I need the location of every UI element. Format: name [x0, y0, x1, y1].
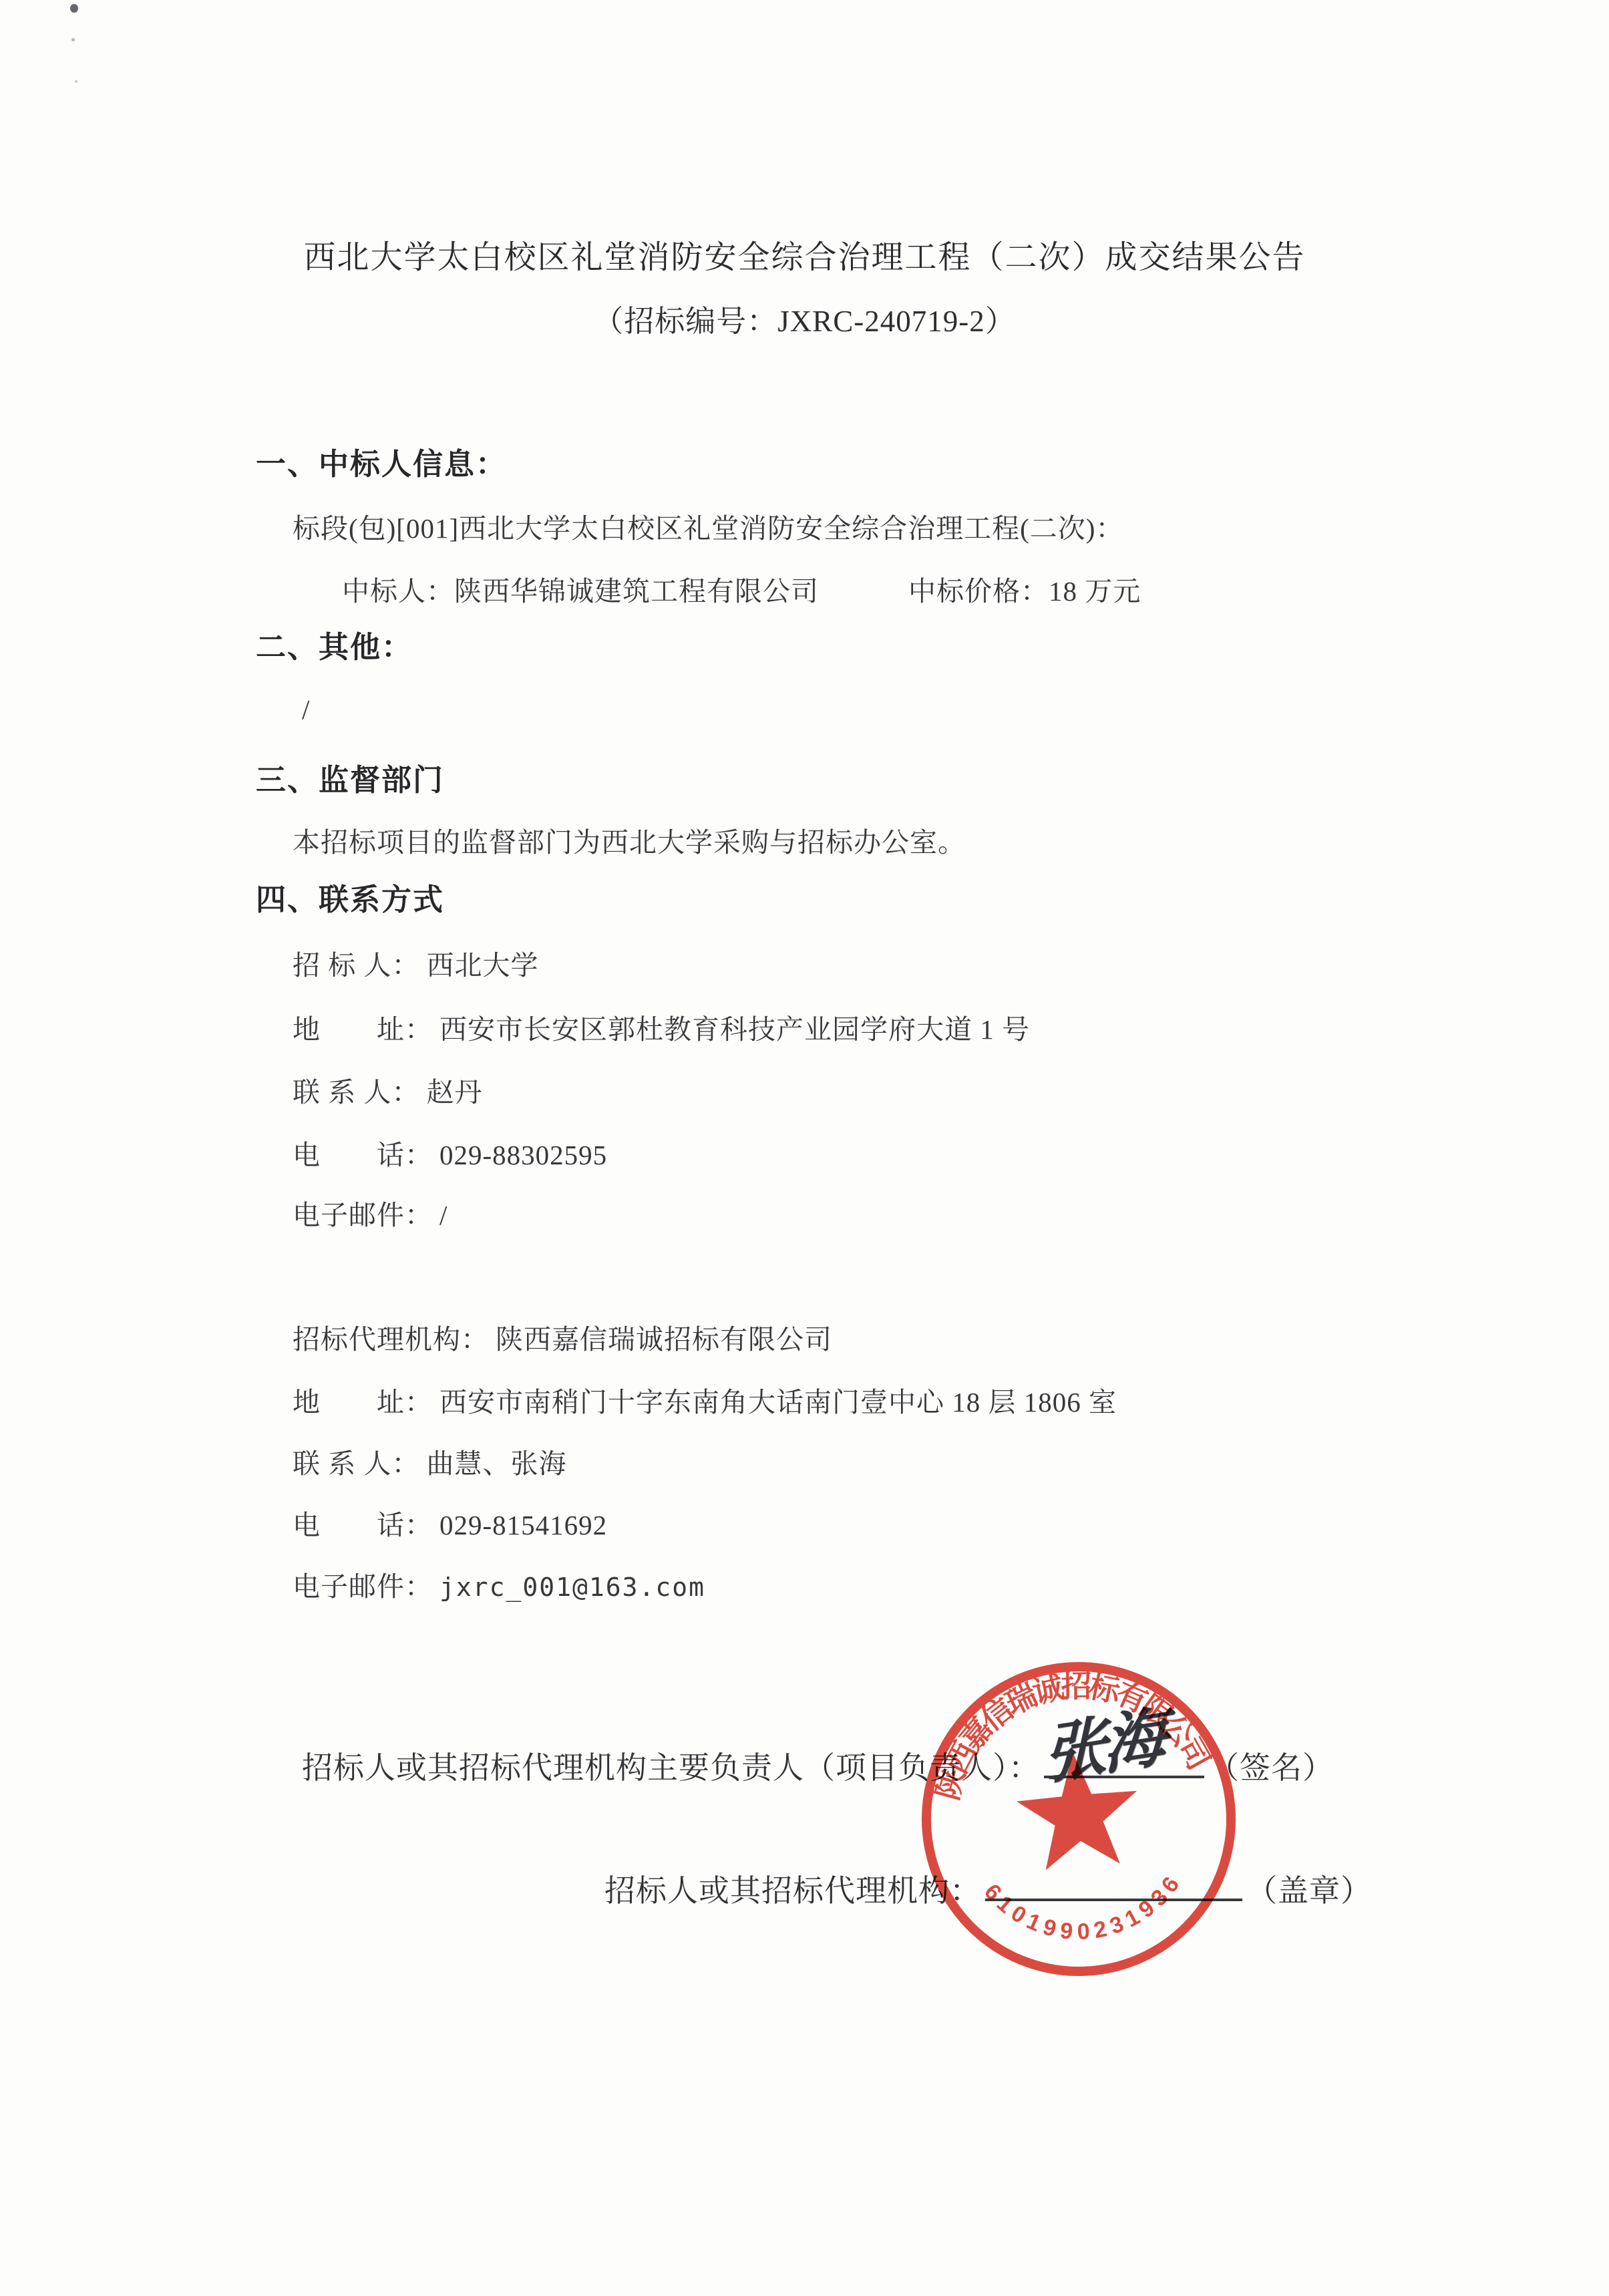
winner-label: 中标人：	[342, 576, 454, 607]
tenderer-label: 电 话：	[293, 1133, 433, 1172]
tenderer-label: 电子邮件：	[293, 1193, 433, 1233]
official-seal: 陕西嘉信瑞诚招标有限公司 6101990231936	[898, 1638, 1260, 2000]
document-title: 西北大学太白校区礼堂消防安全综合治理工程（二次）成交结果公告	[0, 231, 1609, 277]
agency-value: 029-81541692	[439, 1510, 607, 1540]
tenderer-value: 西安市长安区郭杜教育科技产业园学府大道 1 号	[439, 1014, 1030, 1045]
tenderer-value: 赵丹	[427, 1077, 483, 1108]
winner-name: 陕西华锦诚建筑工程有限公司	[454, 576, 819, 607]
agency-value: jxrc_001@163.com	[439, 1573, 705, 1602]
winner-line: 中标人：陕西华锦诚建筑工程有限公司	[342, 569, 819, 609]
tenderer-row: 电子邮件：/	[293, 1193, 448, 1233]
scan-speck	[75, 80, 77, 83]
scan-speck	[70, 4, 78, 13]
price-value: 18 万元	[1049, 576, 1141, 607]
agency-value: 陕西嘉信瑞诚招标有限公司	[496, 1324, 832, 1355]
agency-label: 招标代理机构：	[293, 1317, 489, 1357]
document-subtitle: （招标编号：JXRC-240719-2）	[0, 297, 1609, 340]
agency-label: 联 系 人：	[293, 1442, 420, 1481]
tenderer-label: 招 标 人：	[293, 943, 420, 983]
agency-label: 电子邮件：	[293, 1565, 433, 1604]
price-label: 中标价格：	[908, 576, 1049, 607]
tenderer-row: 地 址：西安市长安区郭杜教育科技产业园学府大道 1 号	[293, 1007, 1030, 1047]
section-2-body: /	[302, 693, 310, 725]
agency-row: 联 系 人：曲慧、张海	[293, 1442, 567, 1481]
section-2-heading: 二、其他：	[256, 623, 413, 666]
tenderer-label: 地 址：	[293, 1007, 433, 1047]
tenderer-label: 联 系 人：	[293, 1070, 420, 1110]
section-1-heading: 一、中标人信息：	[256, 440, 507, 483]
tenderer-value: /	[439, 1200, 448, 1231]
agency-row: 电子邮件：jxrc_001@163.com	[293, 1565, 705, 1604]
agency-row: 电 话：029-81541692	[293, 1503, 607, 1542]
section-4-heading: 四、联系方式	[256, 875, 444, 919]
agency-row: 地 址：西安市南稍门十字东南角大话南门壹中心 18 层 1806 室	[293, 1380, 1117, 1420]
agency-label: 电 话：	[293, 1503, 433, 1542]
svg-text:6101990231936: 6101990231936	[978, 1863, 1189, 1953]
org-line-suffix: （盖章）	[1246, 1874, 1372, 1908]
section-3-body: 本招标项目的监督部门为西北大学采购与招标办公室。	[293, 820, 966, 860]
scan-speck	[71, 38, 75, 41]
agency-value: 西安市南稍门十字东南角大话南门壹中心 18 层 1806 室	[439, 1387, 1117, 1418]
seal-star-icon	[1013, 1748, 1143, 1872]
scanned-document-page: 西北大学太白校区礼堂消防安全综合治理工程（二次）成交结果公告 （招标编号：JXR…	[0, 0, 1609, 2296]
section-3-heading: 三、监督部门	[256, 756, 444, 799]
agency-row: 招标代理机构：陕西嘉信瑞诚招标有限公司	[293, 1317, 832, 1357]
seal-number: 6101990231936	[978, 1863, 1189, 1953]
agency-value: 曲慧、张海	[427, 1448, 567, 1479]
lot-description: 标段(包)[001]西北大学太白校区礼堂消防安全综合治理工程(二次)：	[293, 506, 1123, 546]
price-line: 中标价格：18 万元	[908, 569, 1141, 609]
tenderer-value: 029-88302595	[439, 1140, 607, 1170]
tenderer-row: 联 系 人：赵丹	[293, 1070, 483, 1110]
agency-label: 地 址：	[293, 1380, 433, 1420]
tenderer-row: 电 话：029-88302595	[293, 1133, 607, 1172]
tenderer-value: 西北大学	[427, 950, 539, 981]
tenderer-row: 招 标 人：西北大学	[293, 943, 539, 983]
